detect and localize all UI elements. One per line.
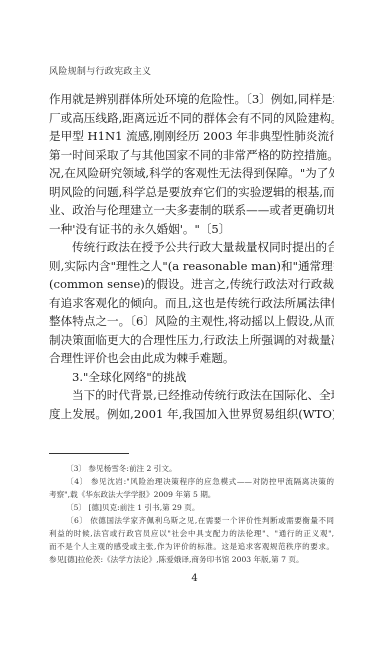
body-line: 整体特点之一。〔6〕风险的主观性,将动摇以上假设,从而使风险规 <box>49 312 334 331</box>
body-line: (common sense)的假设。进言之,传统行政法对行政裁量的要求, <box>49 275 334 294</box>
footnote-line: 而不是个人主观的感受或主张,作为评价的标准。这是追求客观规范秩序的要求。 <box>49 540 334 553</box>
footnote-line: 〔6〕 依德国法学家齐佩利乌斯之见,在需要一个评价性判断或需要衡量不同 <box>49 514 334 527</box>
body-line: 则,实际内含"理性之人"(a reasonable man)和"通常理智" <box>49 257 334 276</box>
footnote-line: 〔5〕 [德]贝克:前注 1 引书,第 29 页。 <box>49 501 334 514</box>
body-line: 况,在风险研究领域,科学的客观性无法得到保障。"为了处理文 <box>49 164 334 183</box>
footnote-line: 利益的时候,法官或行政官员应以"社会中具支配力的法伦理"、"通行的正义观", <box>49 527 334 540</box>
body-line: 度上发展。例如,2001 年,我国加入世界贸易组织(WTO)之后不 <box>49 405 334 424</box>
body-line: 业、政治与伦理建立一夫多妻制的联系——或者更确切地说,结成 <box>49 201 334 220</box>
body-line: 当下的时代背景,已经推动传统行政法在国际化、全球化的维 <box>49 386 334 405</box>
footnote-line: 〔3〕 参见杨雪冬:前注 2 引文。 <box>49 462 334 475</box>
page-number: 4 <box>0 573 389 584</box>
body-line: 第一时间采取了与其他国家不同的非常严格的防控措施。〔4〕更何 <box>49 146 334 165</box>
footnotes: 〔3〕 参见杨雪冬:前注 2 引文。 〔4〕 参见沈岿:"风险治理决策程序的应急… <box>49 462 334 566</box>
footnote-line: 考察",载《华东政法大学学报》2009 年第 5 期。 <box>49 488 334 501</box>
body-line: 是甲型 H1N1 流感,刚刚经历 2003 年非典型性肺炎流行的中国,在 <box>49 127 334 146</box>
body-line: 厂或高压线路,距离远近不同的群体会有不同的风险建构。同样 <box>49 109 334 128</box>
body-line: 合理性评价也会由此成为棘手难题。 <box>49 349 334 368</box>
section-heading: 3."全球化网络"的挑战 <box>49 368 334 387</box>
body-text: 作用就是辨别群体所处环境的危险性。〔3〕例如,同样是垃圾焚烧 厂或高压线路,距离… <box>49 90 334 423</box>
body-line: 制决策面临更大的合理性压力,行政法上所强调的对裁量决策的 <box>49 331 334 350</box>
body-line: 传统行政法在授予公共行政大量裁量权同时提出的合理性原 <box>49 238 334 257</box>
body-line: 作用就是辨别群体所处环境的危险性。〔3〕例如,同样是垃圾焚烧 <box>49 90 334 109</box>
footnote-rule <box>49 453 129 454</box>
body-line: 有追求客观化的倾向。而且,这也是传统行政法所属法律体系的 <box>49 294 334 313</box>
footnote-line: 〔4〕 参见沈岿:"风险治理决策程序的应急模式——对防控甲流隔离决策的 <box>49 475 334 488</box>
body-line: 一种'没有证书的永久婚姻'。"〔5〕 <box>49 220 334 239</box>
footnote-line: 参见[德]拉伦茨:《法学方法论》,陈爱娥译,商务印书馆 2003 年版,第 7 … <box>49 553 334 566</box>
running-head: 风险规制与行政宪政主义 <box>49 64 151 77</box>
body-line: 明风险的问题,科学总是要放弃它们的实验逻辑的根基,而与商 <box>49 183 334 202</box>
